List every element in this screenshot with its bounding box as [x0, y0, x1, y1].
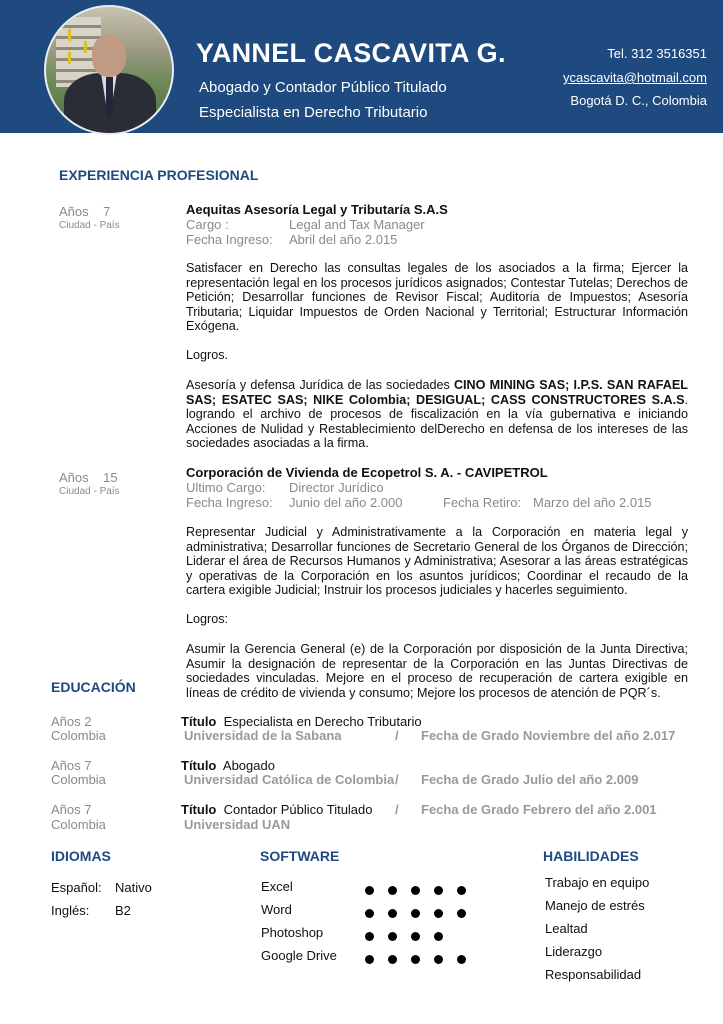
rating-dot-icon — [411, 955, 420, 964]
job-place: Ciudad - País — [59, 220, 120, 231]
candidate-specialty: Especialista en Derecho Tributario — [199, 104, 427, 121]
job-start: Abril del año 2.015 — [289, 232, 397, 247]
language-name: Español: — [51, 880, 102, 895]
software-name: Word — [261, 902, 292, 917]
edu-title-prefix: Título — [181, 802, 216, 817]
job-achievements-label: Logros. — [186, 348, 688, 363]
job-description: Satisfacer en Derecho las consultas lega… — [186, 261, 688, 334]
edu-date: Fecha de Grado Febrero del año 2.001 — [421, 802, 657, 817]
years-label: Años — [59, 470, 89, 485]
job-end: Marzo del año 2.015 — [533, 495, 652, 510]
edu-country: Colombia — [51, 817, 106, 832]
software-rating — [365, 928, 457, 946]
edu-date: Fecha de Grado Noviembre del año 2.017 — [421, 728, 675, 743]
job-achievements: Asesoría y defensa Jurídica de las socie… — [186, 378, 688, 451]
education-heading: EDUCACIÓN — [51, 679, 136, 695]
rating-dot-icon — [388, 886, 397, 895]
edu-degree-name: Abogado — [223, 758, 275, 773]
rating-dot-icon — [388, 932, 397, 941]
software-rating — [365, 882, 480, 900]
rating-dot-icon — [457, 955, 466, 964]
rating-dot-icon — [411, 909, 420, 918]
software-rating — [365, 951, 480, 969]
edu-separator: / — [395, 772, 399, 787]
phone-number: Tel. 312 3516351 — [607, 46, 707, 61]
job-company: Aequitas Asesoría Legal y Tributaría S.A… — [186, 202, 448, 217]
years-value: 15 — [103, 470, 117, 485]
rating-dot-icon — [457, 909, 466, 918]
skill-item: Lealtad — [545, 921, 588, 936]
rating-dot-icon — [411, 886, 420, 895]
edu-degree: Título Abogado — [181, 758, 275, 773]
edu-separator: / — [395, 802, 399, 817]
skill-item: Trabajo en equipo — [545, 875, 649, 890]
edu-degree-name: Contador Público Titulado — [224, 802, 373, 817]
edu-university: Universidad Católica de Colombia — [184, 772, 394, 787]
job-company: Corporación de Vivienda de Ecopetrol S. … — [186, 465, 548, 480]
edu-degree: Título Especialista en Derecho Tributari… — [181, 714, 422, 729]
photo-detail — [84, 41, 87, 53]
rating-dot-icon — [365, 909, 374, 918]
rating-dot-icon — [365, 932, 374, 941]
language-level: B2 — [115, 903, 131, 918]
photo-person-head — [92, 35, 126, 77]
rating-dot-icon — [434, 886, 443, 895]
rating-dot-icon — [434, 909, 443, 918]
rating-dot-icon — [457, 886, 466, 895]
job-role: Legal and Tax Manager — [289, 217, 425, 232]
skill-item: Responsabilidad — [545, 967, 641, 982]
software-name: Google Drive — [261, 948, 337, 963]
job-start-label: Fecha Ingreso: — [186, 232, 273, 247]
rating-dot-icon — [365, 955, 374, 964]
edu-university: Universidad de la Sabana — [184, 728, 342, 743]
years-value: 7 — [103, 204, 110, 219]
edu-degree: Título Contador Público Titulado — [181, 802, 373, 817]
job-years: Años 7 — [59, 204, 110, 219]
edu-years: Años 7 — [51, 802, 91, 817]
candidate-title: Abogado y Contador Público Titulado — [199, 79, 447, 96]
edu-title-prefix: Título — [181, 714, 216, 729]
software-rating — [365, 905, 480, 923]
years-label: Años — [59, 204, 89, 219]
languages-heading: IDIOMAS — [51, 848, 111, 864]
skill-item: Liderazgo — [545, 944, 602, 959]
profile-photo — [44, 5, 174, 135]
job-start: Junio del año 2.000 — [289, 495, 402, 510]
job-role: Director Jurídico — [289, 480, 384, 495]
header-banner: YANNEL CASCAVITA G. Abogado y Contador P… — [0, 0, 723, 133]
edu-years: Años 7 — [51, 758, 91, 773]
language-name: Inglés: — [51, 903, 89, 918]
job-start-label: Fecha Ingreso: — [186, 495, 273, 510]
software-name: Excel — [261, 879, 293, 894]
email-link[interactable]: ycascavita@hotmail.com — [563, 70, 707, 85]
job-achievements: Asumir la Gerencia General (e) de la Cor… — [186, 642, 688, 700]
rating-dot-icon — [365, 886, 374, 895]
edu-years: Años 2 — [51, 714, 91, 729]
language-level: Nativo — [115, 880, 152, 895]
experience-heading: EXPERIENCIA PROFESIONAL — [59, 167, 258, 183]
rating-dot-icon — [411, 932, 420, 941]
edu-degree-name: Especialista en Derecho Tributario — [224, 714, 422, 729]
job-role-label: Cargo : — [186, 217, 229, 232]
edu-university: Universidad UAN — [184, 817, 290, 832]
edu-title-prefix: Título — [181, 758, 216, 773]
job-description: Representar Judicial y Administrativamen… — [186, 525, 688, 598]
rating-dot-icon — [388, 955, 397, 964]
software-heading: SOFTWARE — [260, 848, 339, 864]
job-role-label: Ultimo Cargo: — [186, 480, 265, 495]
software-name: Photoshop — [261, 925, 323, 940]
edu-date: Fecha de Grado Julio del año 2.009 — [421, 772, 638, 787]
job-end-label: Fecha Retiro: — [443, 495, 521, 510]
edu-separator: / — [395, 728, 399, 743]
job-achievements-label: Logros: — [186, 612, 688, 627]
photo-detail — [68, 52, 71, 64]
photo-detail — [68, 29, 71, 41]
edu-country: Colombia — [51, 772, 106, 787]
job-place: Ciudad - País — [59, 486, 120, 497]
rating-dot-icon — [388, 909, 397, 918]
skills-heading: HABILIDADES — [543, 848, 639, 864]
photo-person-tie — [106, 77, 113, 117]
location: Bogotá D. C., Colombia — [570, 93, 707, 108]
rating-dot-icon — [434, 932, 443, 941]
job-years: Años 15 — [59, 470, 118, 485]
skill-item: Manejo de estrés — [545, 898, 645, 913]
edu-country: Colombia — [51, 728, 106, 743]
achievements-intro: Asesoría y defensa Jurídica de las socie… — [186, 378, 454, 392]
candidate-name: YANNEL CASCAVITA G. — [196, 38, 506, 69]
rating-dot-icon — [434, 955, 443, 964]
